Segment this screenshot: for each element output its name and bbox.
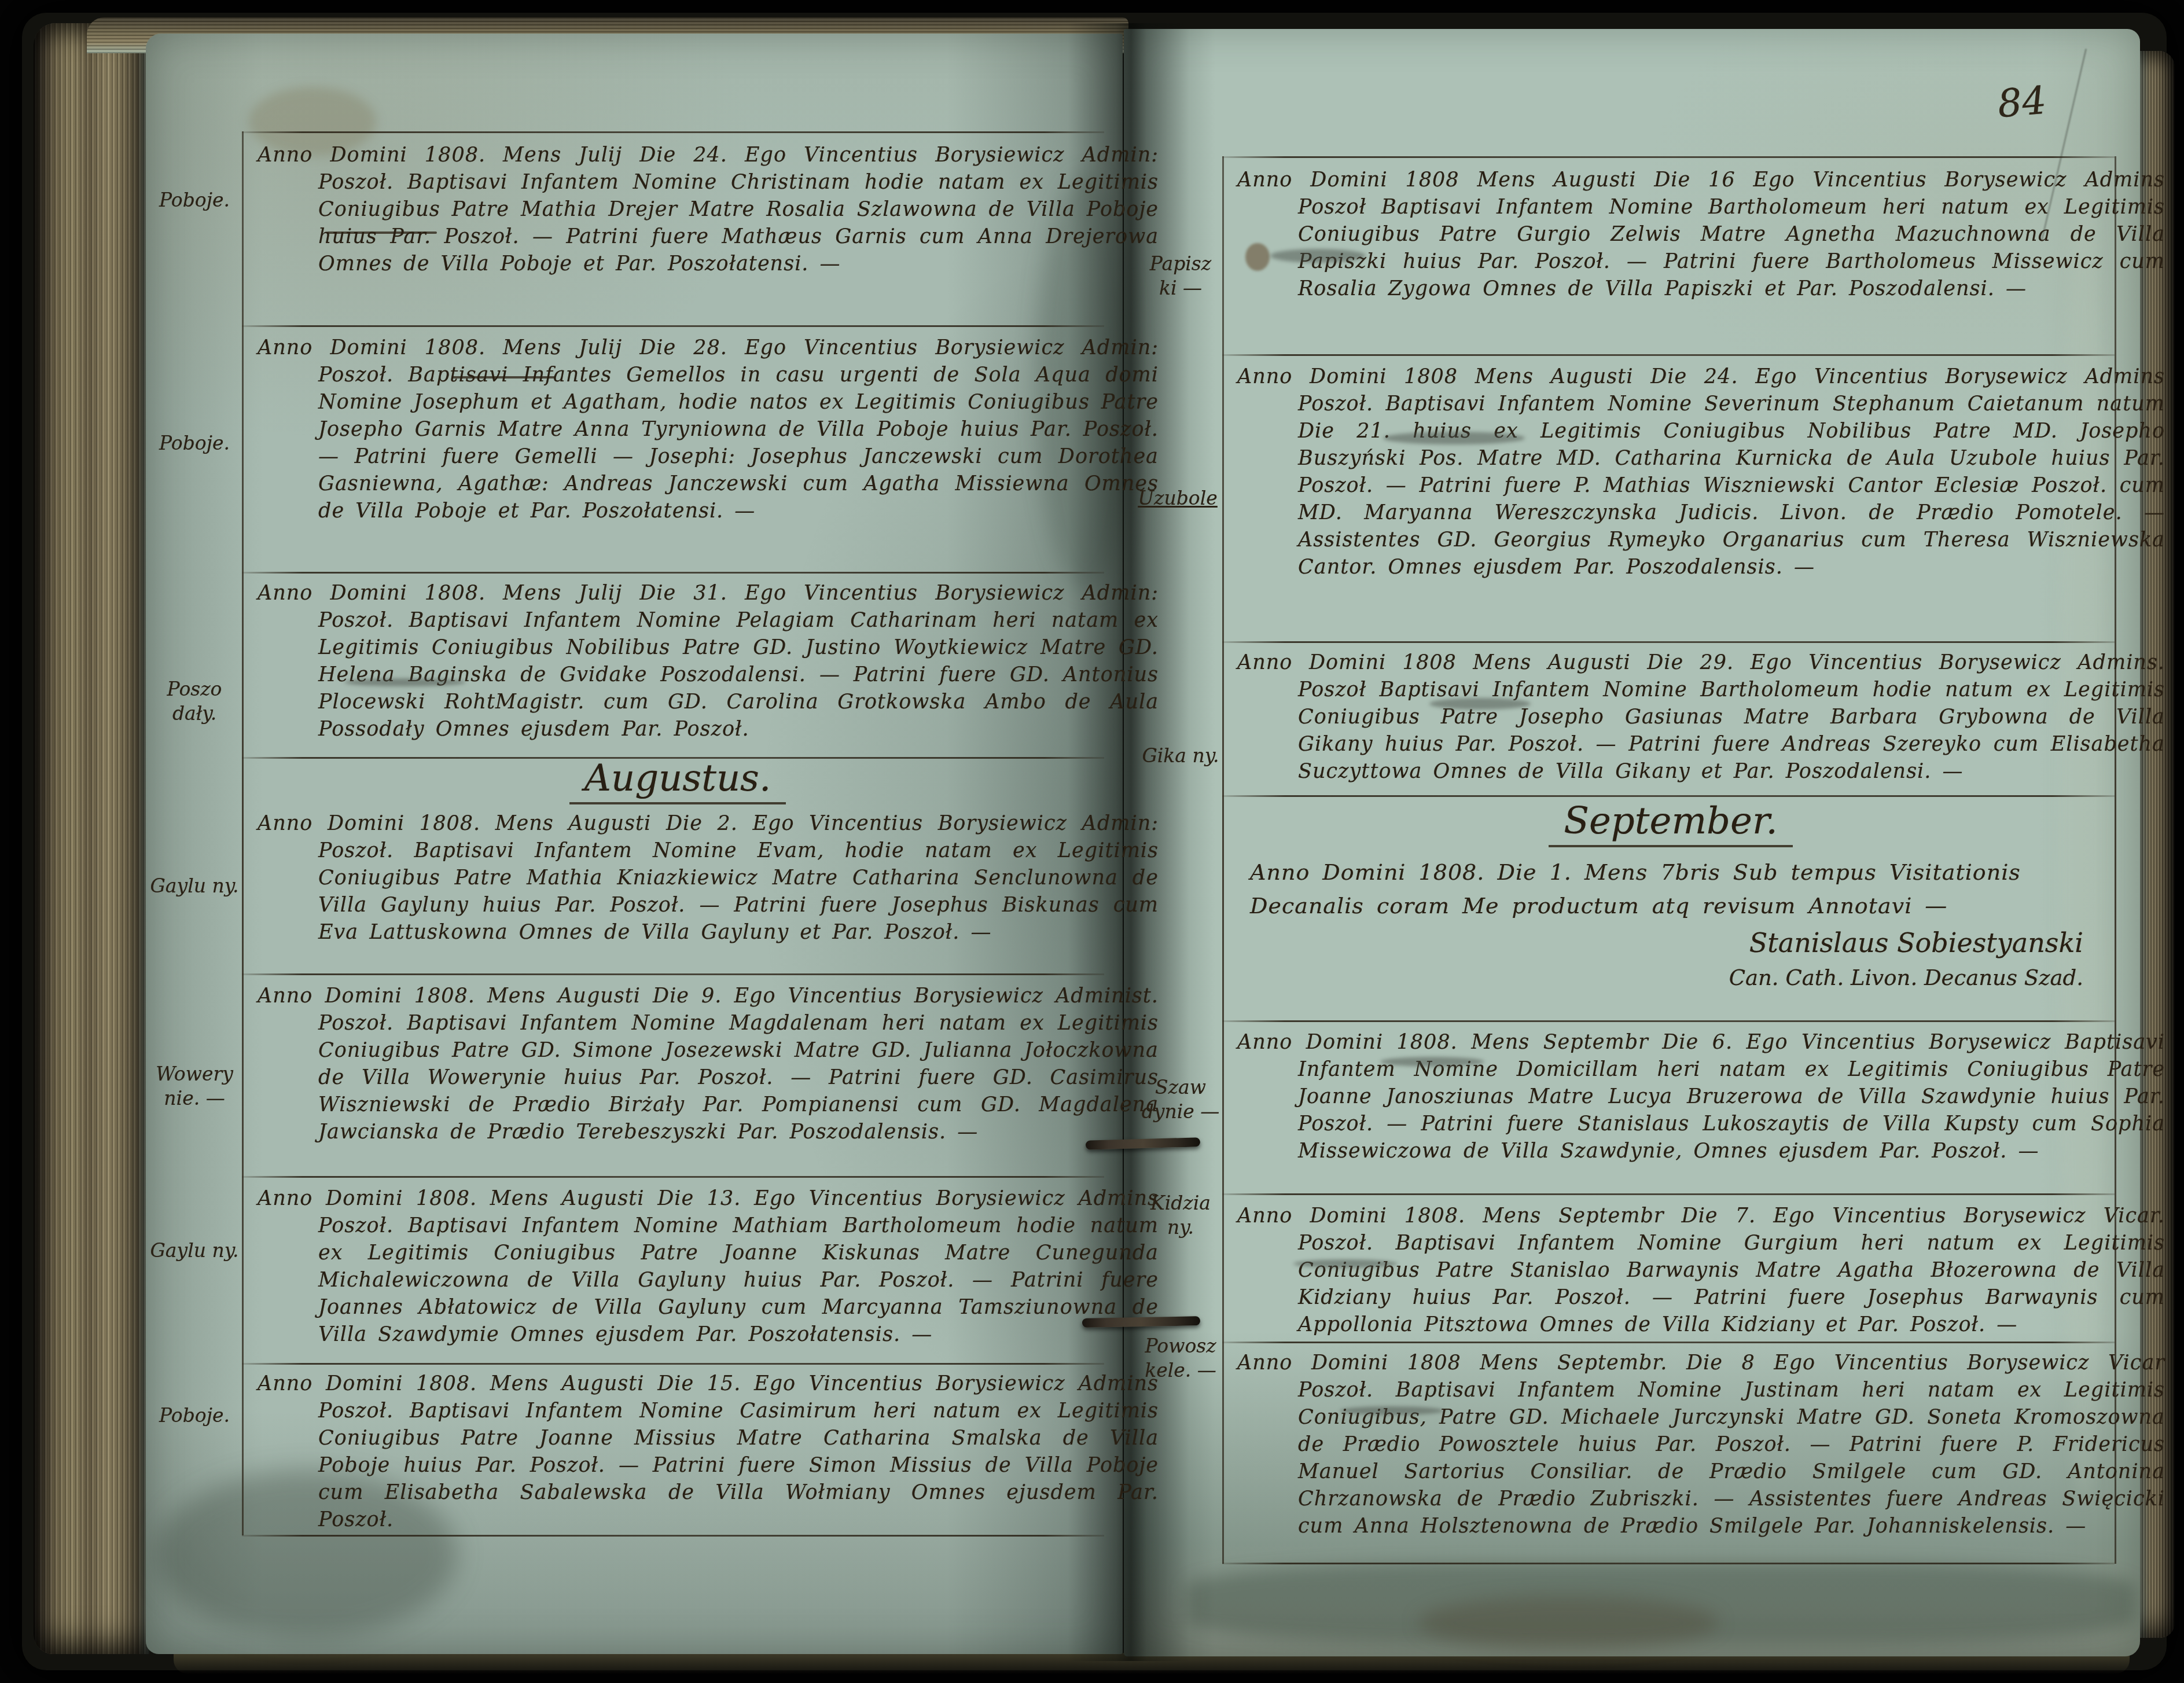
entry-margin-label: Poboje. bbox=[149, 188, 240, 212]
month-heading-september: September. bbox=[1237, 800, 2104, 847]
pencil-smudge bbox=[1383, 432, 1525, 444]
visitation-signature-title: Can. Cath. Livon. Decanus Szad. bbox=[1505, 962, 2083, 994]
pencil-smudge bbox=[344, 678, 466, 686]
pencil-smudge bbox=[1380, 1057, 1484, 1067]
table-rule-horizontal bbox=[242, 1363, 1104, 1365]
register-entry-text: Anno Domini 1808 Mens Septembr. Die 8 Eg… bbox=[1237, 1350, 2165, 1540]
register-entry-text: Anno Domini 1808. Mens Augusti Die 15. E… bbox=[258, 1370, 1159, 1534]
entry-margin-label: Szaw dynie — bbox=[1141, 1075, 1220, 1124]
register-book-scan: 84 Poboje. Poboje. Poszo dały. Gaylu ny.… bbox=[0, 0, 2184, 1683]
entry-margin-label: Gika ny. bbox=[1141, 744, 1220, 768]
table-rule-horizontal bbox=[242, 572, 1104, 574]
table-rule-horizontal bbox=[1222, 795, 2115, 797]
visitation-note: Anno Domini 1808. Die 1. Mens 7bris Sub … bbox=[1250, 855, 2095, 923]
register-entry-text: Anno Domini 1808 Mens Augusti Die 16 Ego… bbox=[1237, 167, 2165, 303]
table-rule-horizontal bbox=[242, 325, 1104, 327]
table-rule-horizontal bbox=[1222, 1020, 2115, 1022]
register-entry-text: Anno Domini 1808. Mens Septembr Die 7. E… bbox=[1237, 1203, 2165, 1339]
entry-margin-label: Uzubole bbox=[1134, 486, 1221, 510]
table-rule-vertical bbox=[1222, 156, 1224, 1564]
entry-margin-label: Poboje. bbox=[149, 431, 240, 455]
table-rule-horizontal bbox=[242, 1176, 1104, 1178]
pencil-smudge bbox=[1293, 1259, 1398, 1268]
visitation-signature-name: Stanislaus Sobiestyanski bbox=[1505, 924, 2083, 962]
page-number: 84 bbox=[1996, 78, 2048, 126]
visitation-signature: Stanislaus Sobiestyanski Can. Cath. Livo… bbox=[1505, 924, 2083, 994]
table-rule-horizontal bbox=[1222, 641, 2115, 643]
register-entry-text: Anno Domini 1808. Mens Augusti Die 2. Eg… bbox=[258, 810, 1159, 946]
table-rule-horizontal bbox=[1222, 1563, 2115, 1564]
entry-margin-label: Papisz ki — bbox=[1141, 252, 1220, 300]
page-edge-stack-left bbox=[34, 23, 149, 1654]
table-rule-horizontal bbox=[1222, 156, 2115, 158]
table-rule-horizontal bbox=[1222, 1342, 2115, 1343]
table-rule-horizontal bbox=[242, 131, 1104, 133]
entry-margin-label: Gaylu ny. bbox=[149, 1239, 240, 1263]
pencil-smudge bbox=[1340, 1406, 1444, 1415]
table-rule-horizontal bbox=[242, 1535, 1104, 1537]
register-entry-text: Anno Domini 1808. Mens Julij Die 31. Ego… bbox=[258, 580, 1159, 743]
register-entry-text: Anno Domini 1808. Mens Julij Die 24. Ego… bbox=[258, 142, 1159, 278]
paper-stain bbox=[1418, 1595, 1719, 1650]
ink-underline bbox=[451, 376, 556, 379]
entry-margin-label: Powosz kele. — bbox=[1141, 1334, 1220, 1383]
entry-margin-label: Poboje. bbox=[149, 1403, 240, 1428]
register-entry-text: Anno Domini 1808. Mens Septembr Die 6. E… bbox=[1237, 1029, 2165, 1165]
register-entry-text: Anno Domini 1808. Mens Augusti Die 13. E… bbox=[258, 1185, 1159, 1348]
entry-margin-label: Kidzia ny. bbox=[1141, 1191, 1220, 1240]
table-rule-horizontal bbox=[242, 973, 1104, 975]
ink-underline bbox=[327, 231, 437, 234]
entry-margin-label: Gaylu ny. bbox=[149, 874, 240, 898]
month-heading-august: Augustus. bbox=[258, 757, 1098, 804]
entry-margin-label: Wowery nie. — bbox=[149, 1062, 240, 1111]
register-entry-text: Anno Domini 1808 Mens Augusti Die 24. Eg… bbox=[1237, 363, 2165, 581]
register-entry-text: Anno Domini 1808. Mens Augusti Die 9. Eg… bbox=[258, 983, 1159, 1146]
pencil-smudge bbox=[1429, 698, 1531, 710]
register-entry-text: Anno Domini 1808. Mens Julij Die 28. Ego… bbox=[258, 335, 1159, 525]
table-rule-horizontal bbox=[1222, 1193, 2115, 1195]
pencil-smudge bbox=[1270, 249, 1366, 263]
entry-margin-label: Poszo dały. bbox=[149, 677, 240, 726]
table-rule-horizontal bbox=[1222, 354, 2115, 356]
table-rule-vertical bbox=[242, 131, 244, 1535]
register-entry-text: Anno Domini 1808 Mens Augusti Die 29. Eg… bbox=[1237, 649, 2165, 785]
